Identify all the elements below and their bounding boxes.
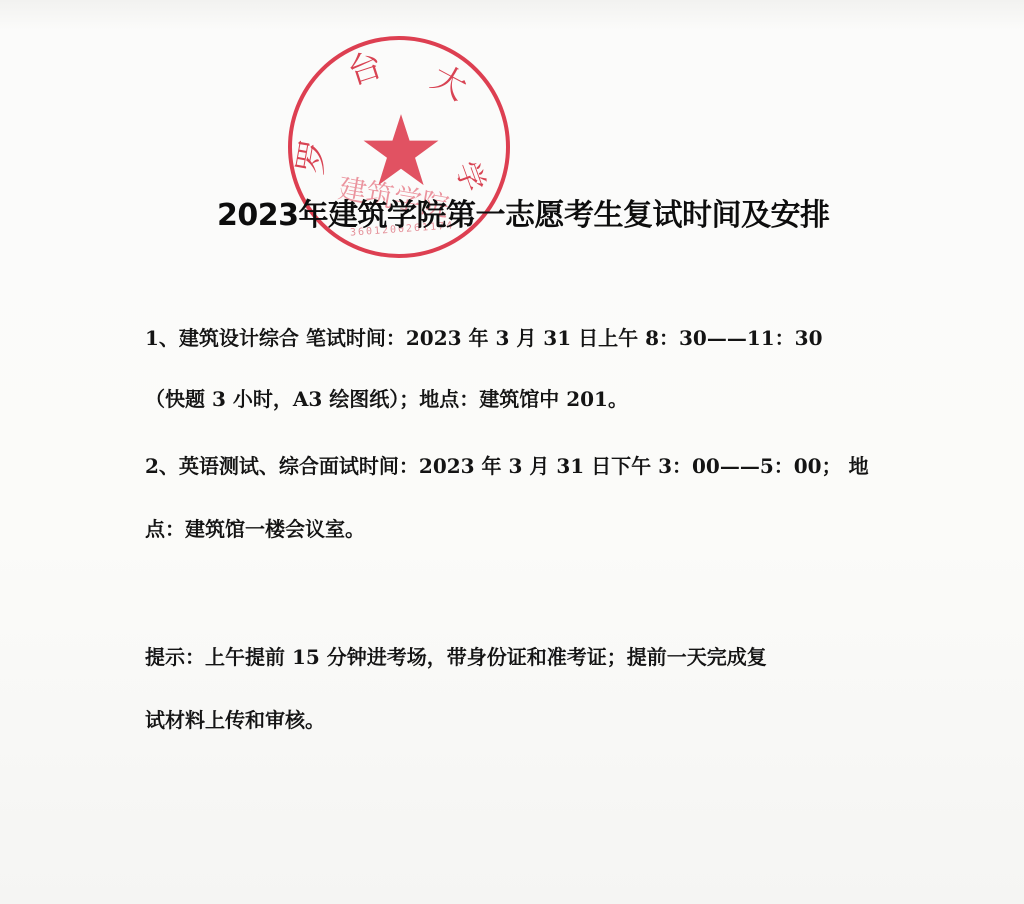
note-line-1: 提示：上午提前 15 分钟进考场，带身份证和准考证；提前一天完成复 — [145, 641, 767, 670]
document-page: 台 大 罗 学 建筑学院 3601200261174 2023年建筑学院第一志愿… — [0, 0, 1024, 904]
item-1-line-2: （快题 3 小时，A3 绘图纸）；地点：建筑馆中 201。 — [145, 383, 628, 412]
document-title: 2023年建筑学院第一志愿考生复试时间及安排 — [217, 190, 830, 234]
seal-char: 罗 — [293, 137, 332, 176]
seal-char: 大 — [426, 60, 472, 106]
item-2-line-1: 2、英语测试、综合面试时间：2023 年 3 月 31 日下午 3：00——5：… — [145, 450, 869, 479]
item-1-line-1: 1、建筑设计综合 笔试时间：2023 年 3 月 31 日上午 8：30——11… — [145, 322, 822, 351]
seal-char: 台 — [344, 48, 387, 91]
note-line-2: 试材料上传和审核。 — [145, 704, 325, 733]
item-2-line-2: 点：建筑馆一楼会议室。 — [145, 513, 365, 542]
